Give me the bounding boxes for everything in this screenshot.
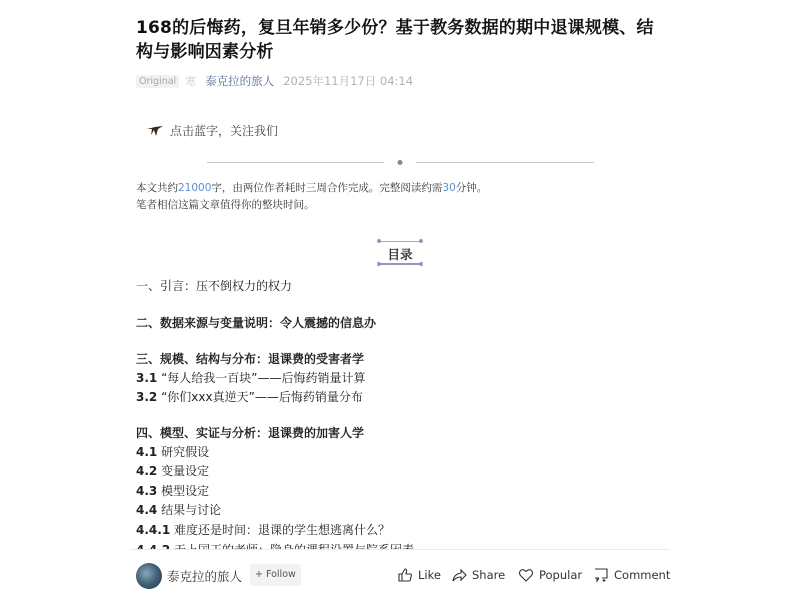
share-label: Share <box>472 568 505 582</box>
popular-button[interactable]: Popular <box>518 567 582 583</box>
intro-text: 分钟。 <box>456 182 488 194</box>
follow-prompt-text: 点击蓝字，关注我们 <box>170 122 278 139</box>
toc-item: 三、规模、结构与分布：退课费的受害者学 <box>136 350 364 368</box>
divider-left <box>207 162 384 163</box>
publish-date: 2025年11月17日 04:14 <box>283 73 413 89</box>
toc-text: 研究假设 <box>161 445 209 459</box>
toc-heading-label: 目录 <box>377 245 423 263</box>
toc-item: 二、数据来源与变量说明：令人震撼的信息办 <box>136 314 376 332</box>
divider-right <box>416 162 594 163</box>
toc-item: 4.2 变量设定 <box>136 462 209 480</box>
bottom-author-name[interactable]: 泰克拉的旅人 <box>167 567 242 585</box>
toc-text: “你们xxx真逆天”——后悔药销量分布 <box>161 390 363 404</box>
toc-heading-bottom-line <box>380 263 420 265</box>
toc-num: 4.4 <box>136 503 157 517</box>
intro-paragraph: 本文共约21000字，由两位作者耗时三周合作完成。完整阅读约需30分钟。 笔者相… <box>136 180 487 214</box>
share-icon <box>451 567 467 583</box>
toc-item: 4.1 研究假设 <box>136 443 209 461</box>
article-meta: Original 寒 泰克拉的旅人 2025年11月17日 04:14 <box>136 73 413 89</box>
follow-button[interactable]: + Follow <box>250 564 301 586</box>
toc-item: 四、模型、实证与分析：退课费的加害人学 <box>136 424 364 442</box>
original-badge: Original <box>136 75 179 88</box>
toc-text: 难度还是时间：退课的学生想逃离什么？ <box>174 523 390 537</box>
author-link[interactable]: 泰克拉的旅人 <box>205 73 274 89</box>
read-minutes: 30 <box>442 182 455 194</box>
heart-icon <box>518 567 534 583</box>
follow-prompt: 点击蓝字，关注我们 <box>146 122 278 139</box>
comment-button[interactable]: Comment <box>593 567 670 583</box>
intro-text: 字，由两位作者耗时三周合作完成。完整阅读约需 <box>211 182 442 194</box>
author-avatar[interactable] <box>136 563 162 589</box>
toc-text: 结果与讨论 <box>161 503 221 517</box>
swallow-icon <box>146 125 164 137</box>
toc-num: 4.1 <box>136 445 157 459</box>
share-button[interactable]: Share <box>451 567 505 583</box>
toc-item: 4.4.1 难度还是时间：退课的学生想逃离什么？ <box>136 521 390 539</box>
toc-item: 3.2 “你们xxx真逆天”——后悔药销量分布 <box>136 388 363 406</box>
intro-text: 本文共约 <box>136 182 178 194</box>
toc-text: 模型设定 <box>161 484 209 498</box>
toc-dot <box>377 239 381 243</box>
toc-num: 3.1 <box>136 371 157 385</box>
toc-dot <box>419 239 423 243</box>
popular-label: Popular <box>539 568 582 582</box>
toc-dot <box>377 262 381 266</box>
toc-text: 变量设定 <box>161 464 209 478</box>
toc-text: “每人给我一百块”——后悔药销量计算 <box>161 371 365 385</box>
like-button[interactable]: Like <box>397 567 441 583</box>
article-title: 168的后悔药，复旦年销多少份？基于教务数据的期中退课规模、结构与影响因素分析 <box>136 16 666 64</box>
word-count: 21000 <box>178 182 211 194</box>
toc-item: 3.1 “每人给我一百块”——后悔药销量计算 <box>136 369 366 387</box>
toc-heading: 目录 <box>377 239 423 267</box>
like-label: Like <box>418 568 441 582</box>
thumbs-up-icon <box>397 567 413 583</box>
toc-heading-top-line <box>380 241 420 242</box>
bottom-action-bar: 泰克拉的旅人 + Follow Like Share Popular Comme… <box>130 549 670 600</box>
meta-glyph: 寒 <box>185 73 196 89</box>
toc-item: 4.3 模型设定 <box>136 482 209 500</box>
toc-item: 4.4 结果与讨论 <box>136 501 221 519</box>
toc-num: 3.2 <box>136 390 157 404</box>
divider-ornament <box>396 159 403 166</box>
toc-num: 4.2 <box>136 464 157 478</box>
comment-icon <box>593 567 609 583</box>
toc-num: 4.4.1 <box>136 523 170 537</box>
toc-dot <box>419 262 423 266</box>
intro-line-2: 笔者相信这篇文章值得你的整块时间。 <box>136 197 487 214</box>
toc-num: 4.3 <box>136 484 157 498</box>
comment-label: Comment <box>614 568 670 582</box>
toc-item: 一、引言：压不倒权力的权力 <box>136 277 292 295</box>
